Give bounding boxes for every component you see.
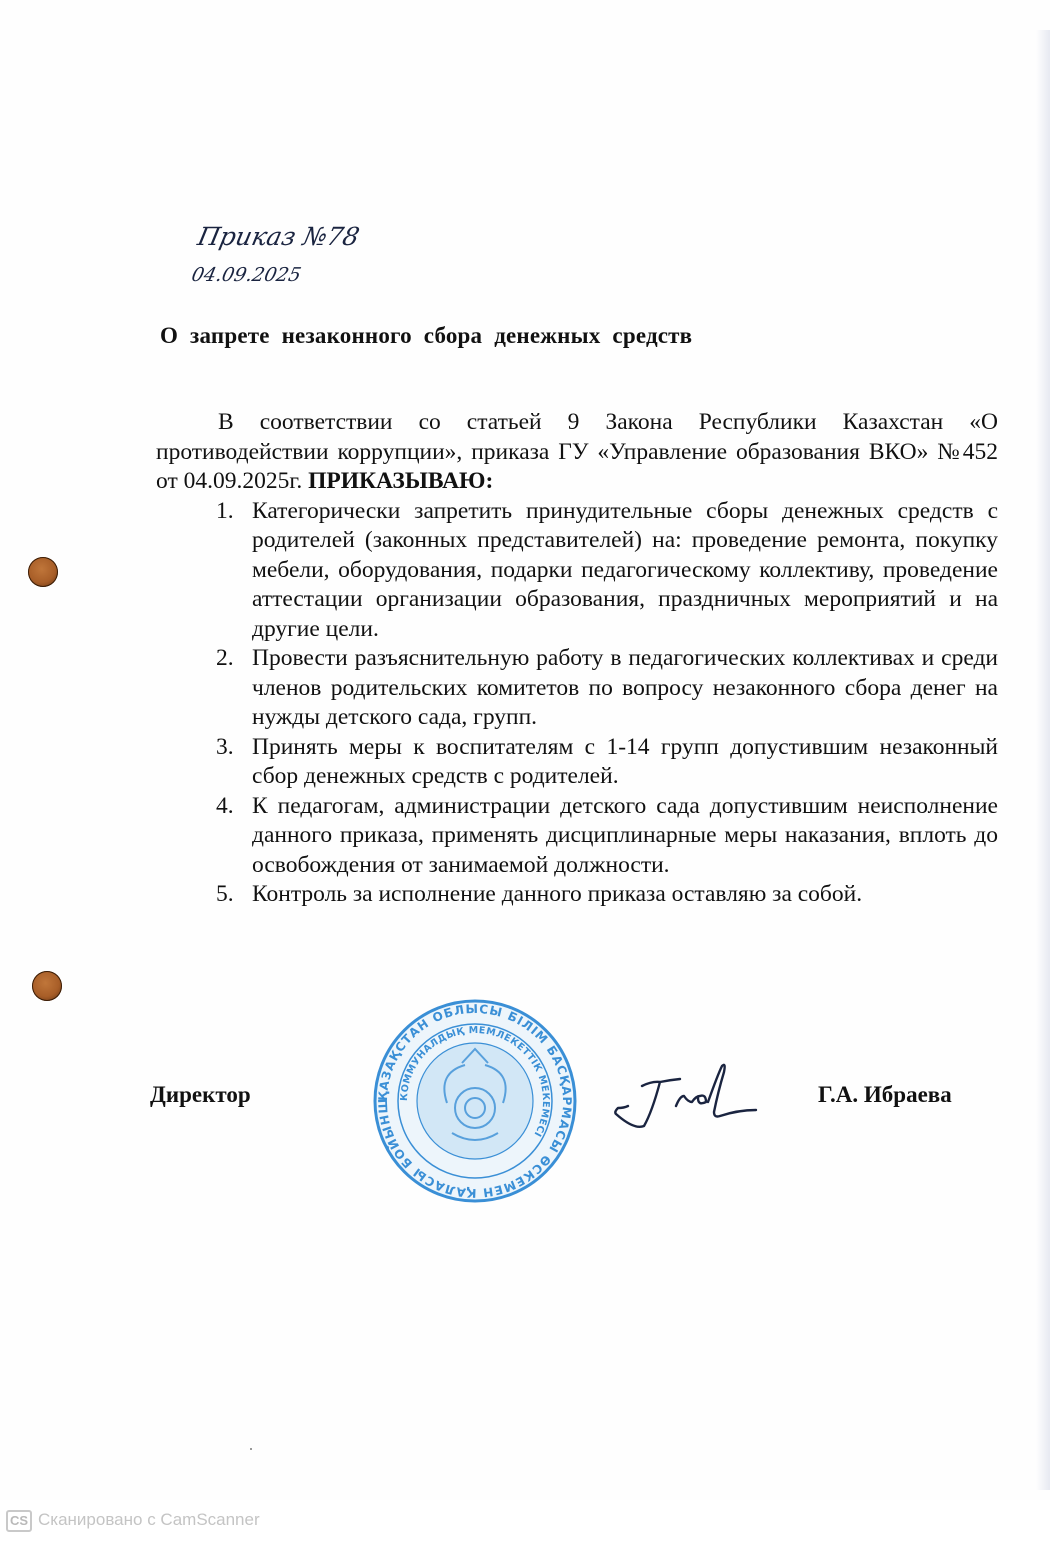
order-number: 5. bbox=[216, 880, 234, 910]
handwritten-order-number: Приказ №78 04.09.2025 bbox=[186, 218, 363, 294]
official-stamp-icon: ҚАЗАҚСТАН ОБЛЫСЫ БІЛІМ БАСҚАРМАСЫ ӨСКЕМЕ… bbox=[372, 998, 578, 1204]
camscanner-watermark: Сканировано с CamScanner bbox=[38, 1510, 260, 1530]
order-number: 4. bbox=[216, 792, 234, 822]
signer-name: Г.А. Ибраева bbox=[818, 1082, 952, 1108]
order-item: 3. Принять меры к воспитателям с 1-14 гр… bbox=[252, 733, 998, 792]
scanned-page: Приказ №78 04.09.2025 О запрете незаконн… bbox=[0, 0, 1050, 1500]
signer-position: Директор bbox=[150, 1082, 251, 1108]
page-edge-shadow bbox=[1036, 30, 1050, 1490]
order-item: 4. К педагогам, администрации детского с… bbox=[252, 792, 998, 881]
order-item: 1. Категорически запретить принудительны… bbox=[252, 497, 998, 645]
document-title: О запрете незаконного сбора денежных сре… bbox=[160, 323, 692, 349]
order-item: 2. Провести разъяснительную работу в пед… bbox=[252, 644, 998, 733]
order-text: Контроль за исполнение данного приказа о… bbox=[252, 881, 862, 907]
document-body: В соответствии со статьей 9 Закона Респу… bbox=[156, 408, 998, 910]
order-text: К педагогам, администрации детского сада… bbox=[252, 793, 998, 878]
preamble: В соответствии со статьей 9 Закона Респу… bbox=[156, 408, 998, 497]
order-item: 5. Контроль за исполнение данного приказ… bbox=[252, 880, 998, 910]
handwritten-date-line: 04.09.2025 bbox=[188, 256, 355, 294]
order-list: 1. Категорически запретить принудительны… bbox=[156, 497, 998, 910]
preamble-command: ПРИКАЗЫВАЮ: bbox=[308, 468, 493, 494]
order-text: Провести разъяснительную работу в педаго… bbox=[252, 645, 998, 730]
preamble-text: В соответствии со статьей 9 Закона Респу… bbox=[156, 409, 998, 494]
order-text: Принять меры к воспитателям с 1-14 групп… bbox=[252, 734, 998, 790]
order-text: Категорически запретить принудительные с… bbox=[252, 498, 998, 642]
camscanner-logo-icon: CS bbox=[6, 1510, 32, 1532]
scan-speck bbox=[250, 1448, 252, 1450]
handwritten-order-line: Приказ №78 bbox=[194, 218, 363, 256]
punch-hole-bottom bbox=[32, 971, 62, 1001]
order-number: 3. bbox=[216, 733, 234, 763]
punch-hole-top bbox=[28, 557, 58, 587]
handwritten-signature-icon bbox=[612, 1056, 782, 1136]
order-number: 1. bbox=[216, 497, 234, 527]
order-number: 2. bbox=[216, 644, 234, 674]
